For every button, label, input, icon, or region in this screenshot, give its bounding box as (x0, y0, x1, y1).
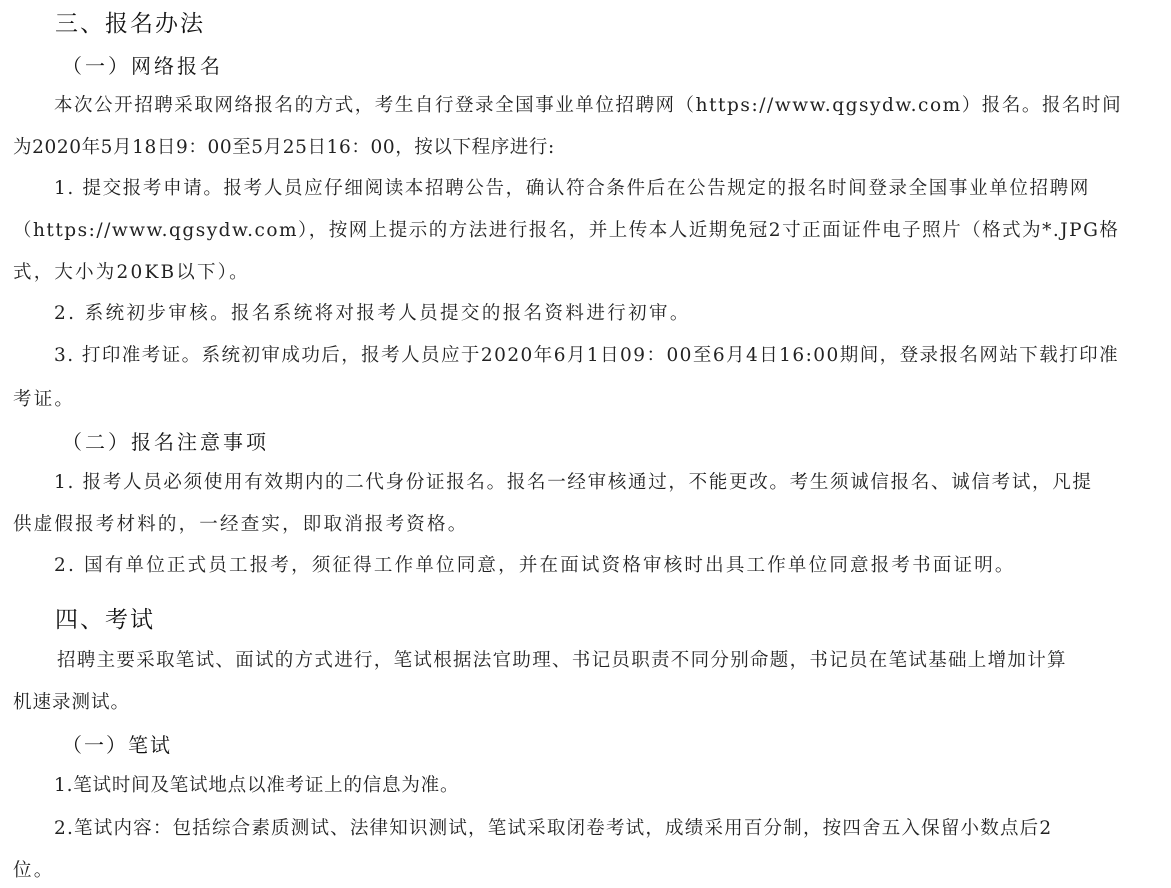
paragraph-exam-intro: 招聘主要采取笔试、面试的方式进行，笔试根据法官助理、书记员职责不同分别命题，书记… (57, 652, 1067, 671)
list-item-state-employee: 2. 国有单位正式员工报考，须征得工作单位同意，并在面试资格审核时出具工作单位同… (54, 557, 1016, 576)
list-item-id-card-cont: 供虚假报考材料的，一经查实，即取消报考资格。 (13, 516, 468, 535)
list-item-submit-application-cont2: 式，大小为20KB以下）。 (13, 264, 250, 283)
list-item-system-review: 2. 系统初步审核。报名系统将对报考人员提交的报名资料进行初审。 (54, 305, 691, 324)
subheading-online-registration: （一）网络报名 (62, 56, 223, 76)
list-item-submit-application-cont: （https://www.qgsydw.com），按网上提示的方法进行报名，并上… (13, 222, 1119, 241)
list-item-submit-application: 1. 提交报考申请。报考人员应仔细阅读本招聘公告，确认符合条件后在公告规定的报名… (54, 180, 1090, 199)
section-heading-exam: 四、考试 (55, 609, 155, 632)
list-item-exam-time: 1.笔试时间及笔试地点以准考证上的信息为准。 (54, 777, 459, 796)
list-item-exam-content: 2.笔试内容：包括综合素质测试、法律知识测试，笔试采取闭卷考试，成绩采用百分制，… (54, 820, 1052, 839)
list-item-print-admission: 3. 打印准考证。系统初审成功后，报考人员应于2020年6月1日09：00至6月… (54, 347, 1119, 366)
list-item-print-admission-cont: 考证。 (13, 391, 75, 410)
subheading-written-exam: （一）笔试 (62, 735, 172, 755)
list-item-exam-content-cont: 位。 (13, 862, 54, 881)
paragraph-registration-intro-cont: 为2020年5月18日9：00至5月25日16：00，按以下程序进行: (13, 139, 555, 158)
paragraph-exam-intro-cont: 机速录测试。 (13, 694, 130, 713)
paragraph-registration-intro: 本次公开招聘采取网络报名的方式，考生自行登录全国事业单位招聘网（https://… (54, 97, 1122, 116)
section-heading-registration: 三、报名办法 (55, 13, 205, 36)
document-page: 三、报名办法 （一）网络报名 本次公开招聘采取网络报名的方式，考生自行登录全国事… (0, 0, 1171, 888)
list-item-id-card: 1. 报考人员必须使用有效期内的二代身份证报名。报名一经审核通过，不能更改。考生… (54, 474, 1093, 493)
subheading-registration-notes: （二）报名注意事项 (62, 432, 269, 452)
